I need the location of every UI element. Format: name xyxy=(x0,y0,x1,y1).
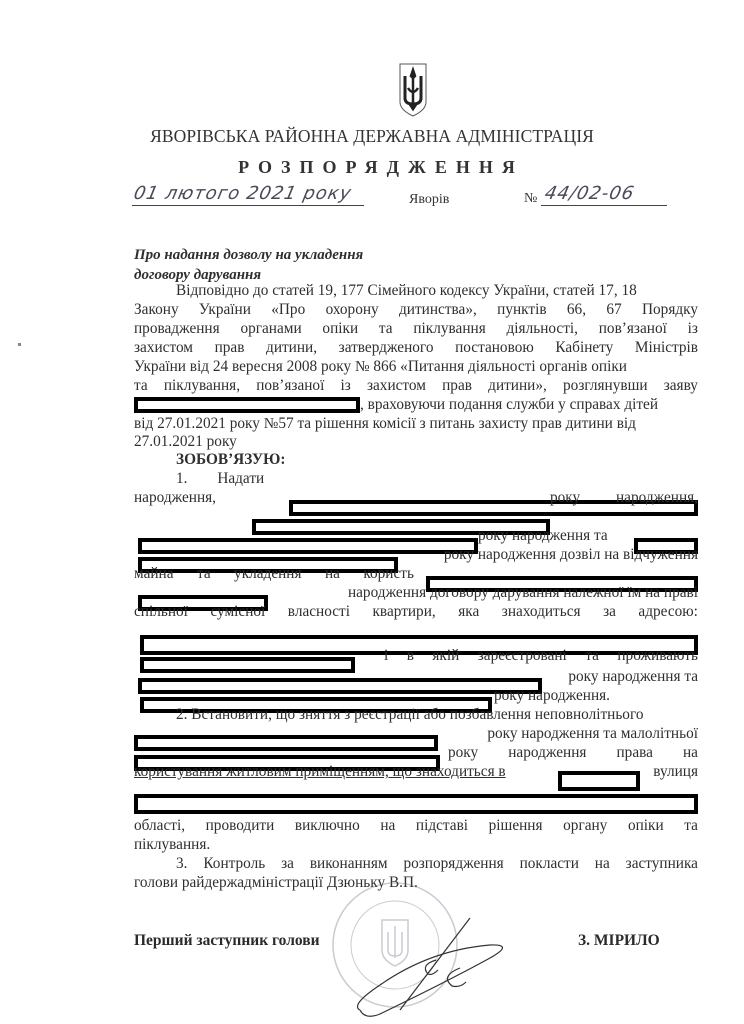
document-body: Відповідно до статей 19, 177 Сімейного к… xyxy=(134,282,698,882)
word: на xyxy=(325,565,340,584)
paragraph-line: майнатаукладеннянакористь xyxy=(134,565,414,584)
redaction-box xyxy=(134,735,438,751)
word: 67 xyxy=(606,301,621,320)
paragraph-line: вулиця xyxy=(644,763,698,782)
word: Контроль xyxy=(203,855,265,874)
word: сумісної xyxy=(210,603,265,622)
word: виконанням xyxy=(310,855,388,874)
paragraph-line: України від 24 вересня 2008 року № 866 «… xyxy=(134,358,698,377)
word: пов’язаної xyxy=(599,320,667,339)
handwritten-number: 44/02-06 xyxy=(543,183,637,204)
word: із xyxy=(341,377,351,396)
paragraph-line: народження договору дарування належної ї… xyxy=(272,584,698,603)
paragraph-line: 3.Контрользавиконаннямрозпорядженняпокла… xyxy=(134,855,698,874)
word: рішення xyxy=(489,817,543,836)
word: «Про xyxy=(271,301,305,320)
word: Міністрів xyxy=(635,339,698,358)
word: України xyxy=(199,301,251,320)
word: захистом xyxy=(367,377,426,396)
redaction-box xyxy=(134,794,698,814)
word: покласти xyxy=(520,855,579,874)
word: та xyxy=(197,565,211,584)
handwritten-signature-icon xyxy=(340,910,510,1020)
word: опіки xyxy=(322,320,358,339)
paragraph-line: року народження та xyxy=(542,668,698,687)
word: користь xyxy=(363,565,414,584)
word: діяльності, xyxy=(507,320,578,339)
word: року xyxy=(448,744,478,763)
word: дитини, xyxy=(266,339,317,358)
word: квартири, xyxy=(373,603,436,622)
redaction-box xyxy=(558,771,640,791)
paragraph-line: року народження. xyxy=(494,687,744,706)
word: та xyxy=(585,647,599,666)
paragraph-line: від 27.01.2021 року №57 та рішення коміс… xyxy=(134,415,698,434)
paragraph-line: захистомправдитини,затвердженогопостанов… xyxy=(134,339,698,358)
word: якій xyxy=(432,647,459,666)
word: власності xyxy=(288,603,350,622)
paragraph-line: провадженняорганамиопікитапіклуваннядіял… xyxy=(134,320,698,339)
word: розпорядження xyxy=(403,855,503,874)
paragraph-line: 1. Надати xyxy=(134,470,740,489)
word: Кабінету xyxy=(555,339,613,358)
word: знаходиться xyxy=(502,603,581,622)
word: області, xyxy=(134,817,185,836)
word: проживають xyxy=(617,647,698,666)
word: проводити xyxy=(206,817,275,836)
word: року xyxy=(550,489,580,508)
paragraph-line: спільноїсумісноївласностіквартири,яказна… xyxy=(134,603,698,622)
word: виключно xyxy=(295,817,360,836)
word: дитини», xyxy=(488,377,547,396)
paragraph-line: Відповідно до статей 19, 177 Сімейного к… xyxy=(134,282,698,301)
text-span: , враховуючи подання служби у справах ді… xyxy=(360,396,658,413)
scan-speck xyxy=(18,343,21,346)
document-subject: Про надання дозволу на укладення договор… xyxy=(134,245,363,285)
word: заяву xyxy=(664,377,698,396)
word: укладення xyxy=(234,565,301,584)
word: яка xyxy=(458,603,479,622)
word: затвердженого xyxy=(339,339,434,358)
city-name: Яворів xyxy=(409,192,449,208)
word: із xyxy=(688,320,698,339)
redaction-box xyxy=(140,657,355,673)
word: на xyxy=(595,855,610,874)
word: в xyxy=(407,647,414,666)
word: охорону xyxy=(326,301,379,320)
word: права xyxy=(616,744,652,763)
paragraph-line: піклування. xyxy=(134,836,698,855)
word: прав xyxy=(215,339,245,358)
word: прав xyxy=(442,377,472,396)
word: Закону xyxy=(134,301,179,320)
document-type: РОЗПОРЯДЖЕННЯ xyxy=(0,157,744,178)
date-underline xyxy=(132,205,364,206)
word: зареєстровані xyxy=(478,647,567,666)
word: на xyxy=(683,744,698,763)
item-number: 1. xyxy=(176,470,187,487)
paragraph-line: рокународження, xyxy=(550,489,698,508)
text-span: ЗОБОВ’ЯЗУЮ xyxy=(176,451,280,468)
word: пов’язаної xyxy=(256,377,324,396)
word: постановою xyxy=(455,339,534,358)
word: органами xyxy=(240,320,301,339)
paragraph-line: року народження дозвіл на відчуження xyxy=(402,546,698,565)
paragraph-line: івякійзареєстрованітапроживають xyxy=(384,647,698,666)
signatory-position: Перший заступник голови xyxy=(134,932,320,950)
paragraph-line: тапіклування,пов’язаноїіззахистомправдит… xyxy=(134,377,698,396)
word: захистом xyxy=(134,339,193,358)
paragraph-line: року народження та xyxy=(478,527,608,546)
redaction-box xyxy=(134,397,360,413)
word: спільної xyxy=(134,603,188,622)
word: провадження xyxy=(134,320,220,339)
word: піклування xyxy=(413,320,485,339)
text-span: народження, xyxy=(134,489,216,506)
word: пунктів xyxy=(497,301,546,320)
organization-name: ЯВОРІВСЬКА РАЙОННА ДЕРЖАВНА АДМІНІСТРАЦІ… xyxy=(0,126,744,147)
word: Порядку xyxy=(642,301,698,320)
word: адресою: xyxy=(638,603,698,622)
word: 66, xyxy=(567,301,586,320)
word: 3. xyxy=(176,855,187,874)
word: майна xyxy=(134,565,174,584)
paragraph-line: , враховуючи подання служби у справах ді… xyxy=(134,396,698,415)
paragraph-line: 27.01.2021 року xyxy=(134,433,698,452)
word: за xyxy=(603,603,616,622)
paragraph-line: рокународженняправана xyxy=(448,744,698,763)
word: та xyxy=(379,320,393,339)
trident-emblem-icon xyxy=(398,62,428,118)
paragraph-line: 2. Встановити, що зняття з реєстрації аб… xyxy=(134,706,698,725)
word: та xyxy=(684,817,698,836)
signatory-name: З. МІРИЛО xyxy=(578,932,660,950)
redaction-box xyxy=(138,678,542,694)
number-sign: № xyxy=(524,191,537,207)
word: за xyxy=(281,855,294,874)
word: та xyxy=(134,377,148,396)
resolve-heading: ЗОБОВ’ЯЗУЮ: xyxy=(134,451,740,470)
word: народження, xyxy=(616,489,698,508)
word: на xyxy=(380,817,395,836)
paragraph-line: року народження та малолітньої xyxy=(444,725,698,744)
word: піклування, xyxy=(164,377,240,396)
word: опіки xyxy=(628,817,664,836)
word: органу xyxy=(563,817,607,836)
word: розглянувши xyxy=(563,377,648,396)
word: підставі xyxy=(416,817,468,836)
paragraph-line: ЗаконуУкраїни«Проохоронудитинства»,пункт… xyxy=(134,301,698,320)
text-span: Надати xyxy=(217,470,264,487)
paragraph-line: області,проводитивиключнонапідставірішен… xyxy=(134,817,698,836)
word: дитинства», xyxy=(399,301,477,320)
word: і xyxy=(384,647,388,666)
number-underline xyxy=(541,205,667,206)
word: заступника xyxy=(626,855,698,874)
subject-line: Про надання дозволу на укладення xyxy=(134,245,363,265)
handwritten-date: 01 лютого 2021 року xyxy=(132,183,354,204)
word: народження xyxy=(508,744,586,763)
